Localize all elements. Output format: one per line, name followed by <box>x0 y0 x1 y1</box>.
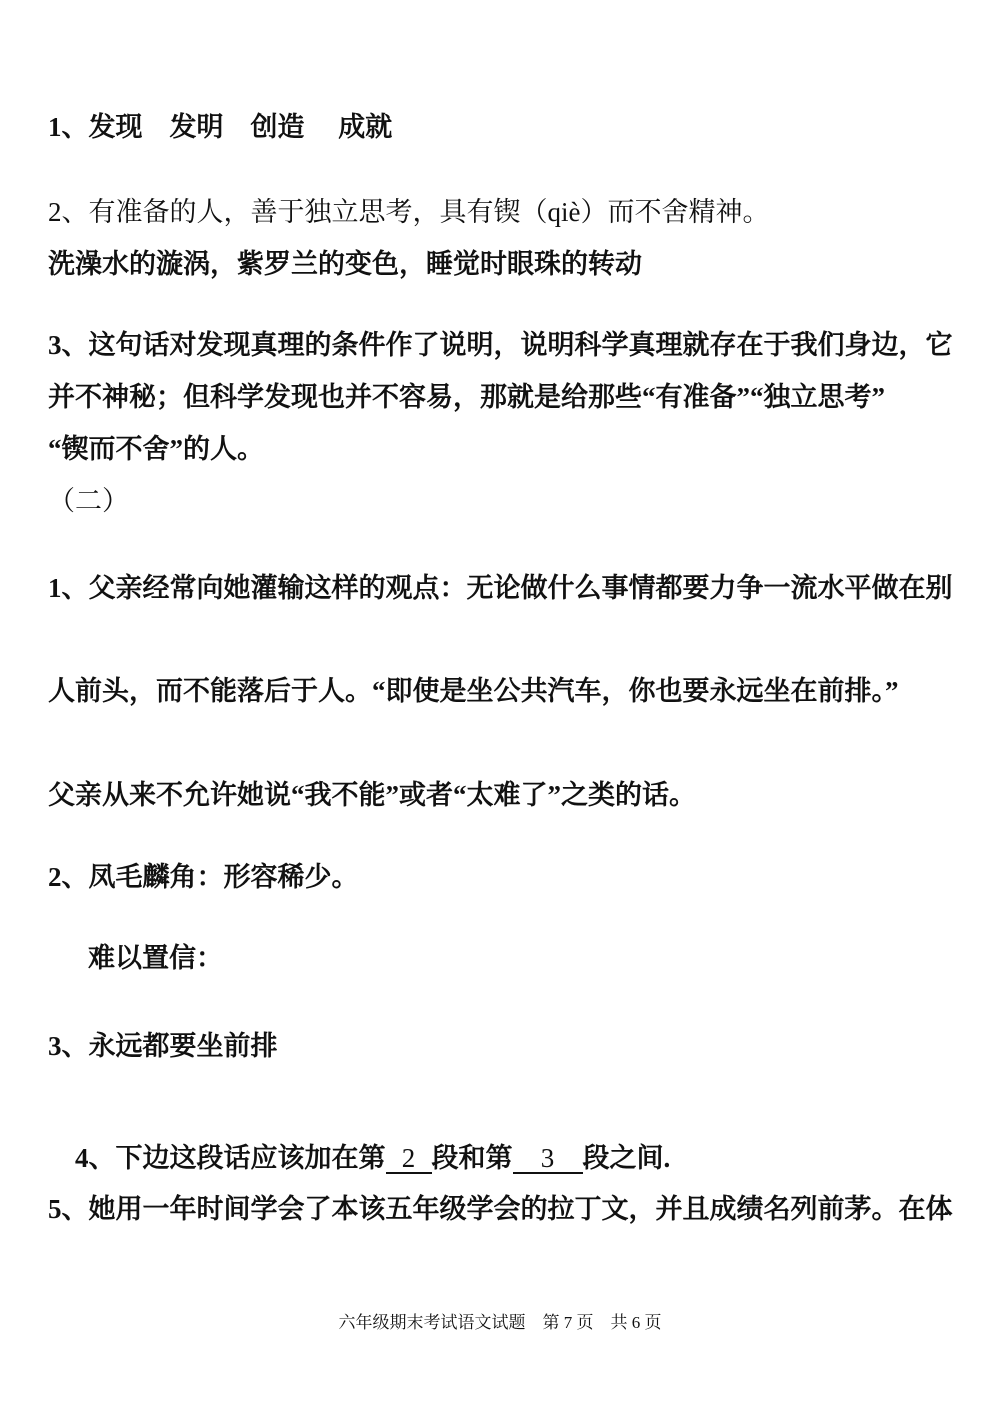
document-page: 1、发现 发明 创造 成就 2、有准备的人，善于独立思考，具有锲（qiè）而不舍… <box>0 0 1000 1415</box>
part2-answer-3: 3、永远都要坐前排 <box>48 1031 278 1062</box>
part1-answer-2-line2: 洗澡水的漩涡，紫罗兰的变色，睡觉时眼珠的转动 <box>48 249 642 280</box>
part2-answer-5: 5、她用一年时间学会了本该五年级学会的拉丁文，并且成绩名列前茅。在体 <box>48 1194 953 1225</box>
part1-answer-1: 1、发现 发明 创造 成就 <box>48 112 392 143</box>
part1-answer-3-line1: 3、这句话对发现真理的条件作了说明，说明科学真理就存在于我们身边，它 <box>48 330 953 361</box>
part1-answer-2-line1: 2、有准备的人，善于独立思考，具有锲（qiè）而不舍精神。 <box>48 197 769 228</box>
q4-text-middle: 段和第 <box>432 1143 513 1173</box>
part1-answer-3-line2: 并不神秘；但科学发现也并不容易，那就是给那些“有准备”“独立思考” <box>48 382 885 413</box>
part2-answer-2-line2: 难以置信： <box>88 943 223 974</box>
part2-answer-1-line3: 父亲从来不允许她说“我不能”或者“太难了”之类的话。 <box>48 780 696 811</box>
q4-text-suffix: 段之间. <box>583 1143 671 1173</box>
part2-answer-4: 4、下边这段话应该加在第2段和第3段之间. <box>48 1112 670 1205</box>
q4-answer-blank-2: 3 <box>513 1144 583 1174</box>
part1-answer-3-line3: “锲而不舍”的人。 <box>48 434 264 465</box>
page-footer: 六年级期末考试语文试题 第 7 页 共 6 页 <box>0 1308 1000 1333</box>
part2-answer-1-line1: 1、父亲经常向她灌输这样的观点：无论做什么事情都要力争一流水平做在别 <box>48 573 953 604</box>
q4-text-prefix: 4、下边这段话应该加在第 <box>75 1143 386 1173</box>
part2-answer-1-line2: 人前头，而不能落后于人。“即使是坐公共汽车，你也要永远坐在前排。” <box>48 676 899 707</box>
q4-answer-blank-1: 2 <box>386 1144 432 1174</box>
section-2-heading: （二） <box>48 486 129 517</box>
part2-answer-2-line1: 2、凤毛麟角：形容稀少。 <box>48 862 359 893</box>
